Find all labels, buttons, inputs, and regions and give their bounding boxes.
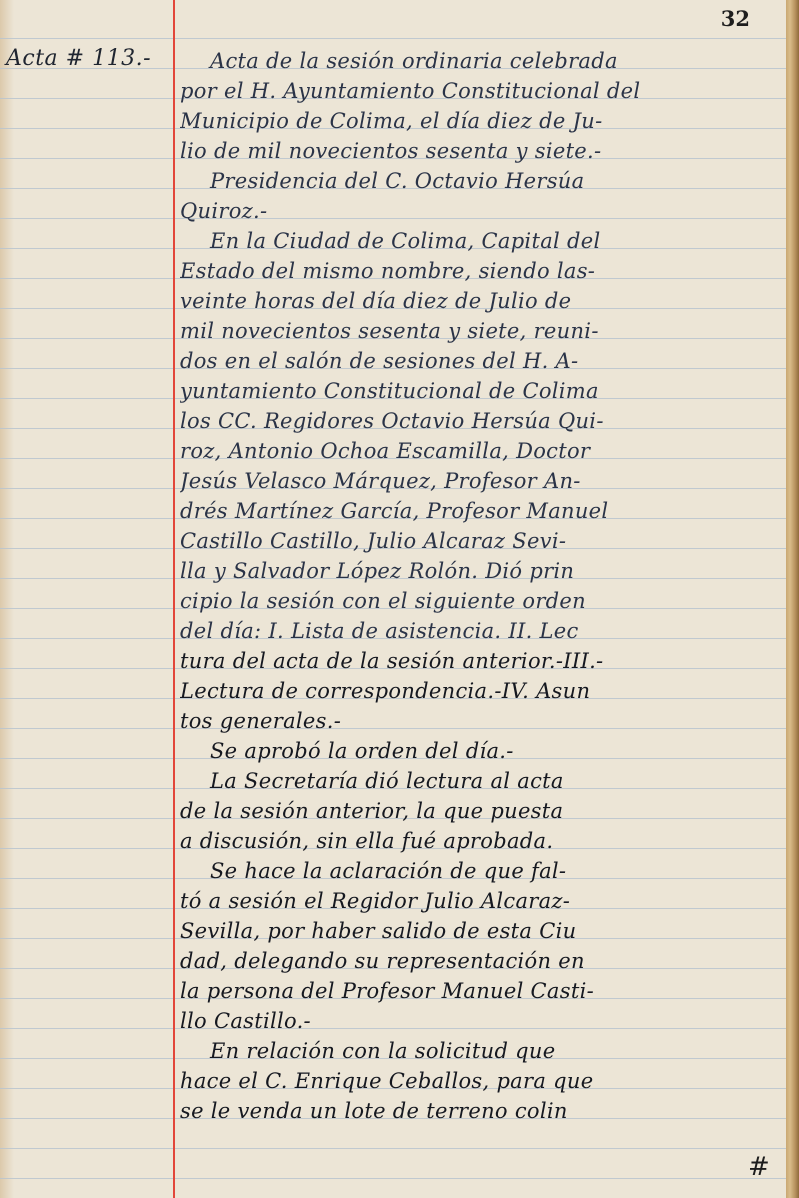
text-line: dos en el salón de sesiones del H. A- bbox=[180, 346, 780, 376]
page-number: 32 bbox=[721, 6, 750, 31]
text-line: tura del acta de la sesión anterior.-III… bbox=[180, 646, 780, 676]
text-line: tos generales.- bbox=[180, 706, 780, 736]
text-line: de la sesión anterior, la que puesta bbox=[180, 796, 780, 826]
ruled-line bbox=[0, 1148, 786, 1149]
text-line: del día: I. Lista de asistencia. II. Lec bbox=[180, 616, 780, 646]
text-line: yuntamiento Constitucional de Colima bbox=[180, 376, 780, 406]
text-line: drés Martínez García, Profesor Manuel bbox=[180, 496, 780, 526]
text-line: Presidencia del C. Octavio Hersúa bbox=[180, 166, 780, 196]
handwritten-minutes-text: Acta de la sesión ordinaria celebrada po… bbox=[180, 46, 780, 1126]
continuation-mark: # bbox=[748, 1152, 770, 1182]
text-line: a discusión, sin ella fué aprobada. bbox=[180, 826, 780, 856]
text-line: Quiroz.- bbox=[180, 196, 780, 226]
text-line: veinte horas del día diez de Julio de bbox=[180, 286, 780, 316]
text-line: En relación con la solicitud que bbox=[180, 1036, 780, 1066]
text-line: roz, Antonio Ochoa Escamilla, Doctor bbox=[180, 436, 780, 466]
text-line: la persona del Profesor Manuel Casti- bbox=[180, 976, 780, 1006]
text-line: cipio la sesión con el siguiente orden bbox=[180, 586, 780, 616]
text-line: se le venda un lote de terreno colin bbox=[180, 1096, 780, 1126]
text-line: mil novecientos sesenta y siete, reuni- bbox=[180, 316, 780, 346]
text-line: Se aprobó la orden del día.- bbox=[180, 736, 780, 766]
book-page-edge bbox=[786, 0, 799, 1198]
text-line: dad, delegando su representación en bbox=[180, 946, 780, 976]
act-number-margin-note: Acta # 113.- bbox=[6, 46, 151, 71]
text-line: Castillo Castillo, Julio Alcaraz Sevi- bbox=[180, 526, 780, 556]
ruled-line bbox=[0, 38, 786, 39]
text-line: hace el C. Enrique Ceballos, para que bbox=[180, 1066, 780, 1096]
text-line: tó a sesión el Regidor Julio Alcaraz- bbox=[180, 886, 780, 916]
text-line: llo Castillo.- bbox=[180, 1006, 780, 1036]
text-line: La Secretaría dió lectura al acta bbox=[180, 766, 780, 796]
text-line: Acta de la sesión ordinaria celebrada bbox=[180, 46, 780, 76]
text-line: En la Ciudad de Colima, Capital del bbox=[180, 226, 780, 256]
text-line: Jesús Velasco Márquez, Profesor An- bbox=[180, 466, 780, 496]
text-line: Lectura de correspondencia.-IV. Asun bbox=[180, 676, 780, 706]
ruled-line bbox=[0, 1178, 786, 1179]
red-margin-line bbox=[173, 0, 175, 1198]
text-line: Estado del mismo nombre, siendo las- bbox=[180, 256, 780, 286]
text-line: por el H. Ayuntamiento Constitucional de… bbox=[180, 76, 780, 106]
text-line: Municipio de Colima, el día diez de Ju- bbox=[180, 106, 780, 136]
text-line: Se hace la aclaración de que fal- bbox=[180, 856, 780, 886]
text-line: los CC. Regidores Octavio Hersúa Qui- bbox=[180, 406, 780, 436]
text-line: lio de mil novecientos sesenta y siete.- bbox=[180, 136, 780, 166]
text-line: lla y Salvador López Rolón. Dió prin bbox=[180, 556, 780, 586]
ledger-page: 32 Acta # 113.- Acta de la sesión ordina… bbox=[0, 0, 786, 1198]
text-line: Sevilla, por haber salido de esta Ciu bbox=[180, 916, 780, 946]
